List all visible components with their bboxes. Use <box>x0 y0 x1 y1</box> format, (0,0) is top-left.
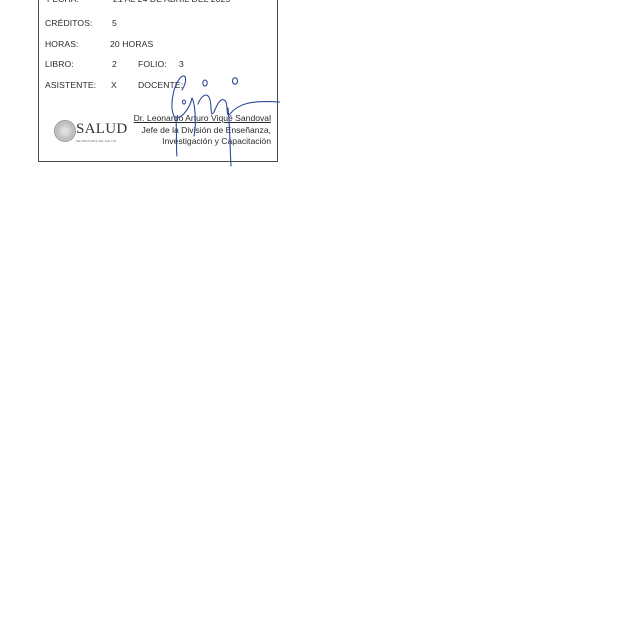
salud-brand: SALUD <box>76 121 128 138</box>
signatory-title-line2: Investigación y Capacitación <box>162 136 271 146</box>
national-seal-icon <box>54 120 76 142</box>
credits-record-card: FECHA: 21 AL 24 DE ABRIL DEL 2025 CRÉDIT… <box>38 0 278 162</box>
signatory-title-line1: Jefe de la División de Enseñanza, <box>142 125 271 135</box>
fecha-value: 21 AL 24 DE ABRIL DEL 2025 <box>113 0 230 4</box>
horas-label: HORAS: <box>45 39 79 49</box>
fecha-label: FECHA: <box>47 0 79 4</box>
folio-value: 3 <box>179 59 184 69</box>
signatory-name: Dr. Leonardo Arturo Viqué Sandoval <box>134 113 271 123</box>
creditos-value: 5 <box>112 18 117 28</box>
asistente-value: X <box>111 80 117 90</box>
docente-label: DOCENTE: <box>138 80 183 90</box>
folio-label: FOLIO: <box>138 59 167 69</box>
creditos-label: CRÉDITOS: <box>45 18 93 28</box>
salud-logo: SALUD SECRETARÍA DE SALUD <box>54 120 124 146</box>
salud-subtitle: SECRETARÍA DE SALUD <box>76 139 116 143</box>
libro-value: 2 <box>112 59 117 69</box>
horas-value: 20 HORAS <box>110 39 153 49</box>
asistente-label: ASISTENTE: <box>45 80 96 90</box>
libro-label: LIBRO: <box>45 59 74 69</box>
